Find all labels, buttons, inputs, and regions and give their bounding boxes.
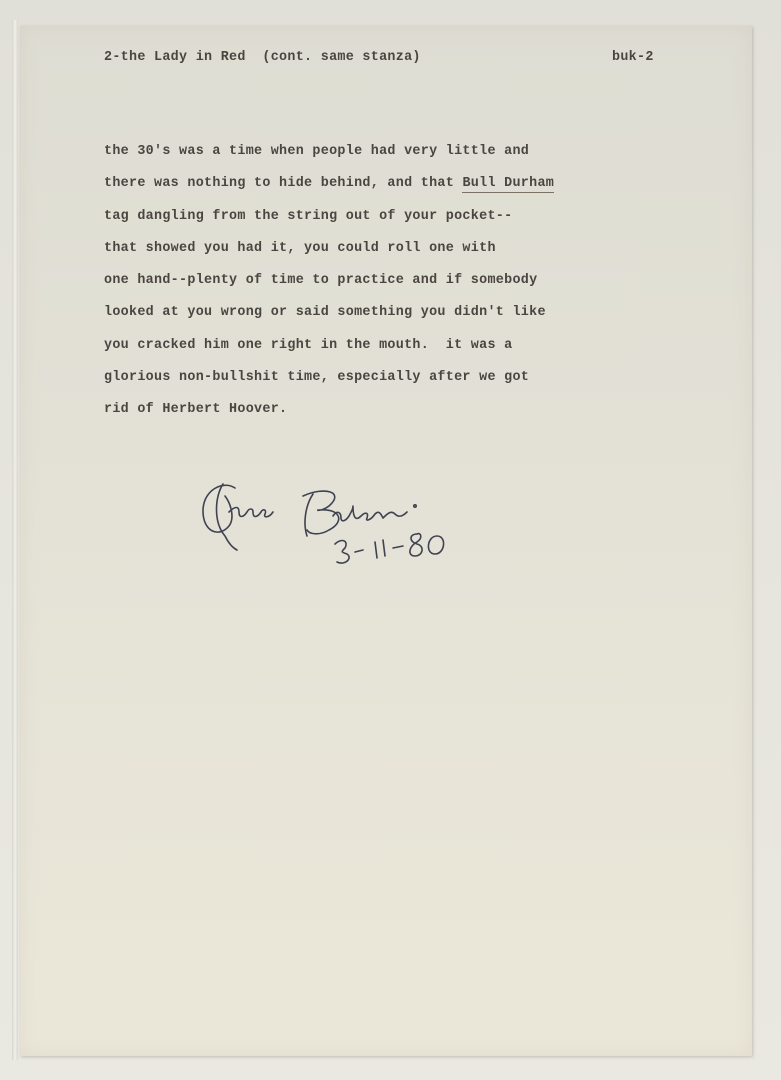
mat-bevel-edge	[12, 20, 18, 1060]
body-line: the 30's was a time when people had very…	[104, 136, 554, 168]
underlined-phrase: Bull Durham	[462, 176, 554, 193]
body-line: you cracked him one right in the mouth. …	[104, 330, 554, 362]
handwritten-signature	[195, 466, 475, 581]
body-line: one hand--plenty of time to practice and…	[104, 265, 554, 297]
page-header-title: 2-the Lady in Red (cont. same stanza)	[104, 50, 421, 65]
page-code: buk-2	[612, 50, 654, 65]
typed-manuscript-page: 2-the Lady in Red (cont. same stanza) bu…	[20, 26, 752, 1056]
body-line: rid of Herbert Hoover.	[104, 394, 554, 426]
body-line: that showed you had it, you could roll o…	[104, 233, 554, 265]
body-line: tag dangling from the string out of your…	[104, 201, 554, 233]
signature-icon	[195, 466, 475, 576]
body-line: glorious non-bullshit time, especially a…	[104, 362, 554, 394]
body-line: looked at you wrong or said something yo…	[104, 297, 554, 329]
poem-body: the 30's was a time when people had very…	[104, 136, 554, 427]
body-line: there was nothing to hide behind, and th…	[104, 168, 554, 200]
